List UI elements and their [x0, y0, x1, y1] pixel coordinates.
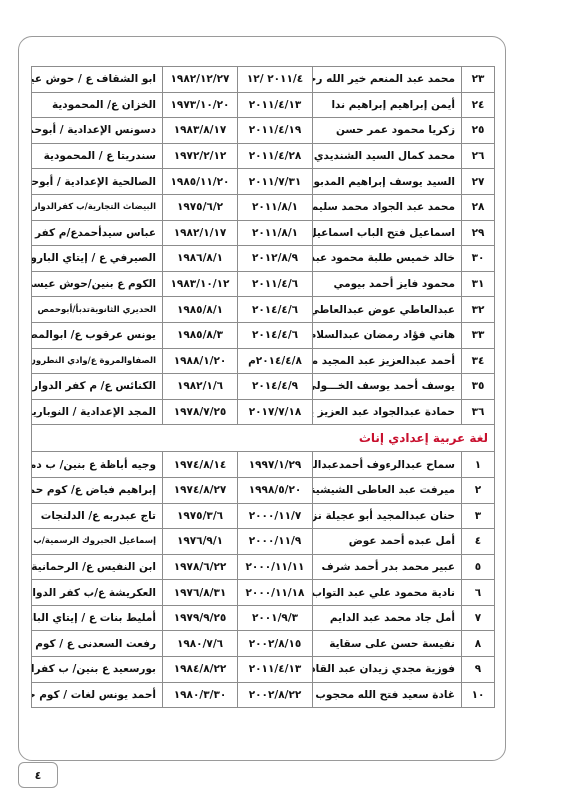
- table-row: ٢٨محمد عبد الجواد محمد سليمان٢٠١١/٨/١١٩٧…: [32, 194, 495, 220]
- birth-date: ١٩٧٨/٦/٢٢: [163, 554, 238, 580]
- appointment-date: ٢٠١٧/٧/١٨: [238, 399, 313, 425]
- birth-date: ١٩٧٨/٧/٢٥: [163, 399, 238, 425]
- birth-date: ١٩٨٣/١٠/١٢: [163, 271, 238, 297]
- table-row: ٣٤أحمد عبدالعزيز عبد المجيد محمد٢٠١٤/٤/٨…: [32, 348, 495, 374]
- teacher-name: اسماعيل فتح الباب اسماعيل مبروك: [313, 220, 462, 246]
- table-row: ٢٣محمد عبد المنعم خير الله رحيم٢٠١١/٤ /١…: [32, 67, 495, 93]
- school-name: رفعت السعدنى ع / كوم حمادة: [32, 631, 163, 657]
- teacher-name: يوسف أحمد يوسف الخـــولى: [313, 374, 462, 400]
- school-name: الصفاوالمروة ع/وادي النطرون: [32, 348, 163, 374]
- appointment-date: ٢٠١١/٤/١٣: [238, 92, 313, 118]
- table-row: ٣١محمود فايز أحمد بيومي٢٠١١/٤/٦١٩٨٣/١٠/١…: [32, 271, 495, 297]
- table-row: ٢ميرفت عبد العاطى الشيشينى١٩٩٨/٥/٢٠١٩٧٤/…: [32, 477, 495, 503]
- school-name: الصالحية الإعدادية / أبوحمص: [32, 169, 163, 195]
- row-number: ٣٦: [462, 399, 495, 425]
- row-number: ٧: [462, 605, 495, 631]
- table-row: ١سماح عبدالرءوف أحمدعبدالرازق١٩٩٧/١/٢٩١٩…: [32, 452, 495, 478]
- row-number: ٩: [462, 657, 495, 683]
- school-name: الكنائس ع/ م كفر الدوار: [32, 374, 163, 400]
- row-number: ٥: [462, 554, 495, 580]
- appointment-date: ٢٠٠١/٩/٣: [238, 605, 313, 631]
- school-name: العكريشة ع/ب كفر الدوار: [32, 580, 163, 606]
- table-row: ٦نادية محمود علي عبد التواب٢٠٠٠/١١/١٨١٩٧…: [32, 580, 495, 606]
- appointment-date: ٢٠١١/٨/١: [238, 220, 313, 246]
- appointment-date: ١٩٩٨/٥/٢٠: [238, 477, 313, 503]
- teacher-name: هاني فؤاد رمضان عبدالسلام: [313, 322, 462, 348]
- appointment-date: ٢٠١١/٤/١٩: [238, 118, 313, 144]
- row-number: ٢: [462, 477, 495, 503]
- table-row: ٣٣هاني فؤاد رمضان عبدالسلام٢٠١٤/٤/٦١٩٨٥/…: [32, 322, 495, 348]
- teacher-name: غادة سعيد فتح الله محجوب: [313, 682, 462, 708]
- appointment-date: ٢٠٠٢/٨/٢٢: [238, 682, 313, 708]
- row-number: ٢٧: [462, 169, 495, 195]
- appointment-date: ٢٠١٢/٨/٩: [238, 246, 313, 272]
- table-row: ٣حنان عبدالمجيد أبو عجيلة نزيه٢٠٠٠/١١/٧١…: [32, 503, 495, 529]
- birth-date: ١٩٧٣/١٠/٢٠: [163, 92, 238, 118]
- school-name: إبراهيم فياض ع/ كوم حمادة: [32, 477, 163, 503]
- row-number: ٢٥: [462, 118, 495, 144]
- teacher-name: أيمن إبراهيم إبراهيم ندا: [313, 92, 462, 118]
- teacher-name: ميرفت عبد العاطى الشيشينى: [313, 477, 462, 503]
- row-number: ٣١: [462, 271, 495, 297]
- row-number: ٣٢: [462, 297, 495, 323]
- appointment-date: ٢٠١٤/٤/٨م: [238, 348, 313, 374]
- row-number: ٣٣: [462, 322, 495, 348]
- row-number: ٢٤: [462, 92, 495, 118]
- birth-date: ١٩٨٢/١/١٧: [163, 220, 238, 246]
- row-number: ٤: [462, 529, 495, 555]
- row-number: ٢٩: [462, 220, 495, 246]
- teacher-name: السيد يوسف إبراهيم المدبولي: [313, 169, 462, 195]
- appointment-date: ٢٠٠٠/١١/١٨: [238, 580, 313, 606]
- school-name: الصيرفي ع / إيتاي البارود: [32, 246, 163, 272]
- row-number: ٣٠: [462, 246, 495, 272]
- birth-date: ١٩٨٢/١٢/٢٧: [163, 67, 238, 93]
- birth-date: ١٩٨٠/٧/٦: [163, 631, 238, 657]
- birth-date: ١٩٨٢/١/٦: [163, 374, 238, 400]
- teacher-name: زكريا محمود عمر حسن: [313, 118, 462, 144]
- birth-date: ١٩٧٩/٩/٢٥: [163, 605, 238, 631]
- table-row: ٨نفيسة حسن على سقاية٢٠٠٢/٨/١٥١٩٨٠/٧/٦رفع…: [32, 631, 495, 657]
- teacher-name: أمل عبده أحمد عوض: [313, 529, 462, 555]
- teacher-name: حنان عبدالمجيد أبو عجيلة نزيه: [313, 503, 462, 529]
- birth-date: ١٩٧٤/٨/١٤: [163, 452, 238, 478]
- appointment-date: ٢٠١٤/٤/٩: [238, 374, 313, 400]
- appointment-date: ٢٠٠٢/٨/١٥: [238, 631, 313, 657]
- teacher-name: محمود فايز أحمد بيومي: [313, 271, 462, 297]
- teacher-name: حمادة عبدالجواد عبد العزيز يوسف: [313, 399, 462, 425]
- appointment-date: ٢٠٠٠/١١/٩: [238, 529, 313, 555]
- appointment-date: ٢٠١١/٤/٦: [238, 271, 313, 297]
- birth-date: ١٩٨٤/٨/٢٢: [163, 657, 238, 683]
- row-number: ٢٦: [462, 143, 495, 169]
- table-body: ٢٣محمد عبد المنعم خير الله رحيم٢٠١١/٤ /١…: [32, 67, 495, 708]
- school-name: عباس سيدأحمدع/م كفر الدوار: [32, 220, 163, 246]
- teacher-name: عبدالعاطي عوض عبدالعاطي عشيبة: [313, 297, 462, 323]
- row-number: ٨: [462, 631, 495, 657]
- teacher-name: فوزية مجدي زيدان عبد القادر: [313, 657, 462, 683]
- school-name: أمليط بنات ع / إيتاي البارود: [32, 605, 163, 631]
- row-number: ٢٣: [462, 67, 495, 93]
- row-number: ٦: [462, 580, 495, 606]
- birth-date: ١٩٨٥/٨/٣: [163, 322, 238, 348]
- teacher-name: عبير محمد بدر أحمد شرف: [313, 554, 462, 580]
- table-row: ٣٦حمادة عبدالجواد عبد العزيز يوسف٢٠١٧/٧/…: [32, 399, 495, 425]
- school-name: المجد الإعدادية / النوبارية: [32, 399, 163, 425]
- row-number: ٢٨: [462, 194, 495, 220]
- birth-date: ١٩٧٤/٨/٢٧: [163, 477, 238, 503]
- appointment-date: ٢٠١١/٨/١: [238, 194, 313, 220]
- table-row: ٢٦محمد كمال السيد الشنديدي٢٠١١/٤/٢٨١٩٧٢/…: [32, 143, 495, 169]
- birth-date: ١٩٧٦/٩/١: [163, 529, 238, 555]
- school-name: تاج عبدربه ع/ الدلنجات: [32, 503, 163, 529]
- table-row: ٩فوزية مجدي زيدان عبد القادر٢٠١١/٤/١٣١٩٨…: [32, 657, 495, 683]
- appointment-date: ٢٠١١/٤/١٣: [238, 657, 313, 683]
- school-name: إسماعيل الحبروك الرسمية/ب دمنهور: [32, 529, 163, 555]
- school-name: البيضاث التجارية/ب كفرالدوار: [32, 194, 163, 220]
- teacher-name: نفيسة حسن على سقاية: [313, 631, 462, 657]
- appointment-date: ٢٠١١/٧/٣١: [238, 169, 313, 195]
- appointment-date: ٢٠١٤/٤/٦: [238, 297, 313, 323]
- teacher-name: أحمد عبدالعزيز عبد المجيد محمد: [313, 348, 462, 374]
- row-number: ٣٥: [462, 374, 495, 400]
- birth-date: ١٩٨٣/٨/١٧: [163, 118, 238, 144]
- table-row: ٢٧السيد يوسف إبراهيم المدبولي٢٠١١/٧/٣١١٩…: [32, 169, 495, 195]
- appointment-date: ٢٠١١/٤/٢٨: [238, 143, 313, 169]
- table-row: ٧أمل جاد محمد عبد الدايم٢٠٠١/٩/٣١٩٧٩/٩/٢…: [32, 605, 495, 631]
- table-row: ٣٢عبدالعاطي عوض عبدالعاطي عشيبة٢٠١٤/٤/٦١…: [32, 297, 495, 323]
- table-row: ٤أمل عبده أحمد عوض٢٠٠٠/١١/٩١٩٧٦/٩/١إسماع…: [32, 529, 495, 555]
- school-name: ابو الشقاف ع / حوش عيسي: [32, 67, 163, 93]
- appointment-date: ٢٠٠٠/١١/١١: [238, 554, 313, 580]
- section-title: لغة عربية إعدادي إناث: [32, 425, 495, 452]
- row-number: ٣: [462, 503, 495, 529]
- birth-date: ١٩٨٨/١/٢٠: [163, 348, 238, 374]
- birth-date: ١٩٨٥/٨/١: [163, 297, 238, 323]
- school-name: سندريتا ع / المحمودية: [32, 143, 163, 169]
- birth-date: ١٩٧٢/٢/١٢: [163, 143, 238, 169]
- teacher-name: خالد خميس طلبة محمود عبد الله: [313, 246, 462, 272]
- school-name: دسونس الإعدادية / أبوحمص: [32, 118, 163, 144]
- table-row: ٢٩اسماعيل فتح الباب اسماعيل مبروك٢٠١١/٨/…: [32, 220, 495, 246]
- birth-date: ١٩٧٥/٦/٢: [163, 194, 238, 220]
- birth-date: ١٩٨٦/٨/١: [163, 246, 238, 272]
- birth-date: ١٩٨٠/٣/٣٠: [163, 682, 238, 708]
- school-name: أحمد يونس لغات / كوم حمادة: [32, 682, 163, 708]
- page-number: ٤: [18, 762, 58, 788]
- school-name: وجيه أباظة ع بنين/ ب دمنهور: [32, 452, 163, 478]
- table-row: ٣٠خالد خميس طلبة محمود عبد الله٢٠١٢/٨/٩١…: [32, 246, 495, 272]
- birth-date: ١٩٧٦/٨/٣١: [163, 580, 238, 606]
- table-row: ٢٤أيمن إبراهيم إبراهيم ندا٢٠١١/٤/١٣١٩٧٣/…: [32, 92, 495, 118]
- teacher-name: محمد عبد الجواد محمد سليمان: [313, 194, 462, 220]
- appointment-date: ٢٠٠٠/١١/٧: [238, 503, 313, 529]
- table-row: ١٠غادة سعيد فتح الله محجوب٢٠٠٢/٨/٢٢١٩٨٠/…: [32, 682, 495, 708]
- school-name: يونس عرقوب ع/ ابوالمطامير: [32, 322, 163, 348]
- section-header-row: لغة عربية إعدادي إناث: [32, 425, 495, 452]
- teacher-name: محمد عبد المنعم خير الله رحيم: [313, 67, 462, 93]
- appointment-date: ٢٠١٤/٤/٦: [238, 322, 313, 348]
- school-name: الخزان ع/ المحمودية: [32, 92, 163, 118]
- teachers-table: ٢٣محمد عبد المنعم خير الله رحيم٢٠١١/٤ /١…: [31, 66, 495, 708]
- row-number: ١: [462, 452, 495, 478]
- birth-date: ١٩٨٥/١١/٢٠: [163, 169, 238, 195]
- school-name: الكوم ع بنين/حوش عيسى: [32, 271, 163, 297]
- school-name: بورسعيد ع بنين/ ب كفرالدوار: [32, 657, 163, 683]
- teacher-name: أمل جاد محمد عبد الدايم: [313, 605, 462, 631]
- teacher-name: نادية محمود علي عبد التواب: [313, 580, 462, 606]
- table-row: ٢٥زكريا محمود عمر حسن٢٠١١/٤/١٩١٩٨٣/٨/١٧د…: [32, 118, 495, 144]
- teacher-name: سماح عبدالرءوف أحمدعبدالرازق: [313, 452, 462, 478]
- table-row: ٥عبير محمد بدر أحمد شرف٢٠٠٠/١١/١١١٩٧٨/٦/…: [32, 554, 495, 580]
- appointment-date: ١٩٩٧/١/٢٩: [238, 452, 313, 478]
- row-number: ٣٤: [462, 348, 495, 374]
- teacher-name: محمد كمال السيد الشنديدي: [313, 143, 462, 169]
- school-name: ابن النفيس ع/ الرحمانية: [32, 554, 163, 580]
- appointment-date: ٢٠١١/٤ /١٢: [238, 67, 313, 93]
- table-row: ٣٥يوسف أحمد يوسف الخـــولى٢٠١٤/٤/٩١٩٨٢/١…: [32, 374, 495, 400]
- birth-date: ١٩٧٥/٣/٦: [163, 503, 238, 529]
- school-name: الحديري الثانويةتدبأ/أبوحمص: [32, 297, 163, 323]
- row-number: ١٠: [462, 682, 495, 708]
